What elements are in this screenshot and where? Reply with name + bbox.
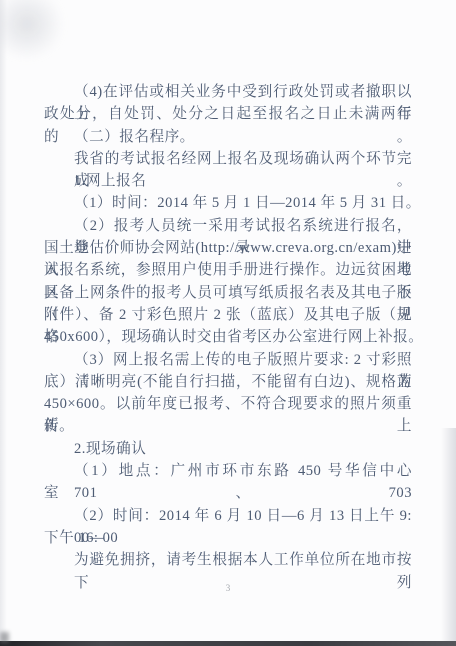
text-line: （2）时间：2014 年 6 月 10 日—6 月 13 日上午 9: 00— (44, 505, 412, 527)
text-line: 国土地估价师协会网站(http://www.creva.org.cn/exam)… (44, 237, 412, 259)
text-line: 450×600。以前年度已报考、不符合现要求的照片须重新上 (44, 393, 412, 415)
text-line: （4)在评估或相关业务中受到行政处罚或者撤职以上行 (44, 81, 412, 103)
text-line: （1）地点：广州市环市东路 450 号华信中心 701、703 (44, 460, 412, 482)
text-line: 450x600），现场确认时交由省考区办公室进行网上补报。 (44, 326, 412, 348)
text-line: （2）报考人员统一采用考试报名系统进行报名，登录中 (44, 215, 412, 237)
scan-smudge-top-left (0, 0, 64, 60)
text-line: 为避免拥挤，请考生根据本人工作单位所在地市按下列 (44, 549, 412, 571)
text-line: 具备上网条件的报考人员可填写纸质报名表及其电子版（见 (44, 282, 412, 304)
text-line: 下午 16: 00 (44, 527, 412, 549)
document-page: （4)在评估或相关业务中受到行政处罚或者撤职以上行 政处分，自处罚、处分之日起至… (0, 0, 456, 646)
document-text-block: （4)在评估或相关业务中受到行政处罚或者撤职以上行 政处分，自处罚、处分之日起至… (44, 81, 412, 572)
scan-bottom-left-blot (0, 632, 9, 643)
text-line: 底）清晰明亮(不能自行扫描，不能留有白边)、规格为 (44, 371, 412, 393)
text-line: 政处分，自处罚、处分之日起至报名之日止未满两年的。 (44, 103, 412, 125)
text-line: 我省的考试报名经网上报名及现场确认两个环节完成。 (44, 148, 412, 170)
text-line: （3）网上报名需上传的电子版照片要求: 2 寸彩照（蓝 (44, 349, 412, 371)
scan-left-edge-shade (0, 0, 7, 646)
text-line: 试报名系统，参照用户使用手册进行操作。边远贫困地区不 (44, 259, 412, 281)
text-line: 附件）、备 2 寸彩色照片 2 张（蓝底）及其电子版（规格 (44, 304, 412, 326)
text-line: （1）时间：2014 年 5 月 1 日—2014 年 5 月 31 日。 (44, 192, 412, 214)
scan-bottom-edge (0, 641, 456, 646)
page-number: 3 (0, 583, 456, 593)
text-line: 2.现场确认 (44, 438, 412, 460)
scan-right-edge-shade (441, 428, 456, 646)
